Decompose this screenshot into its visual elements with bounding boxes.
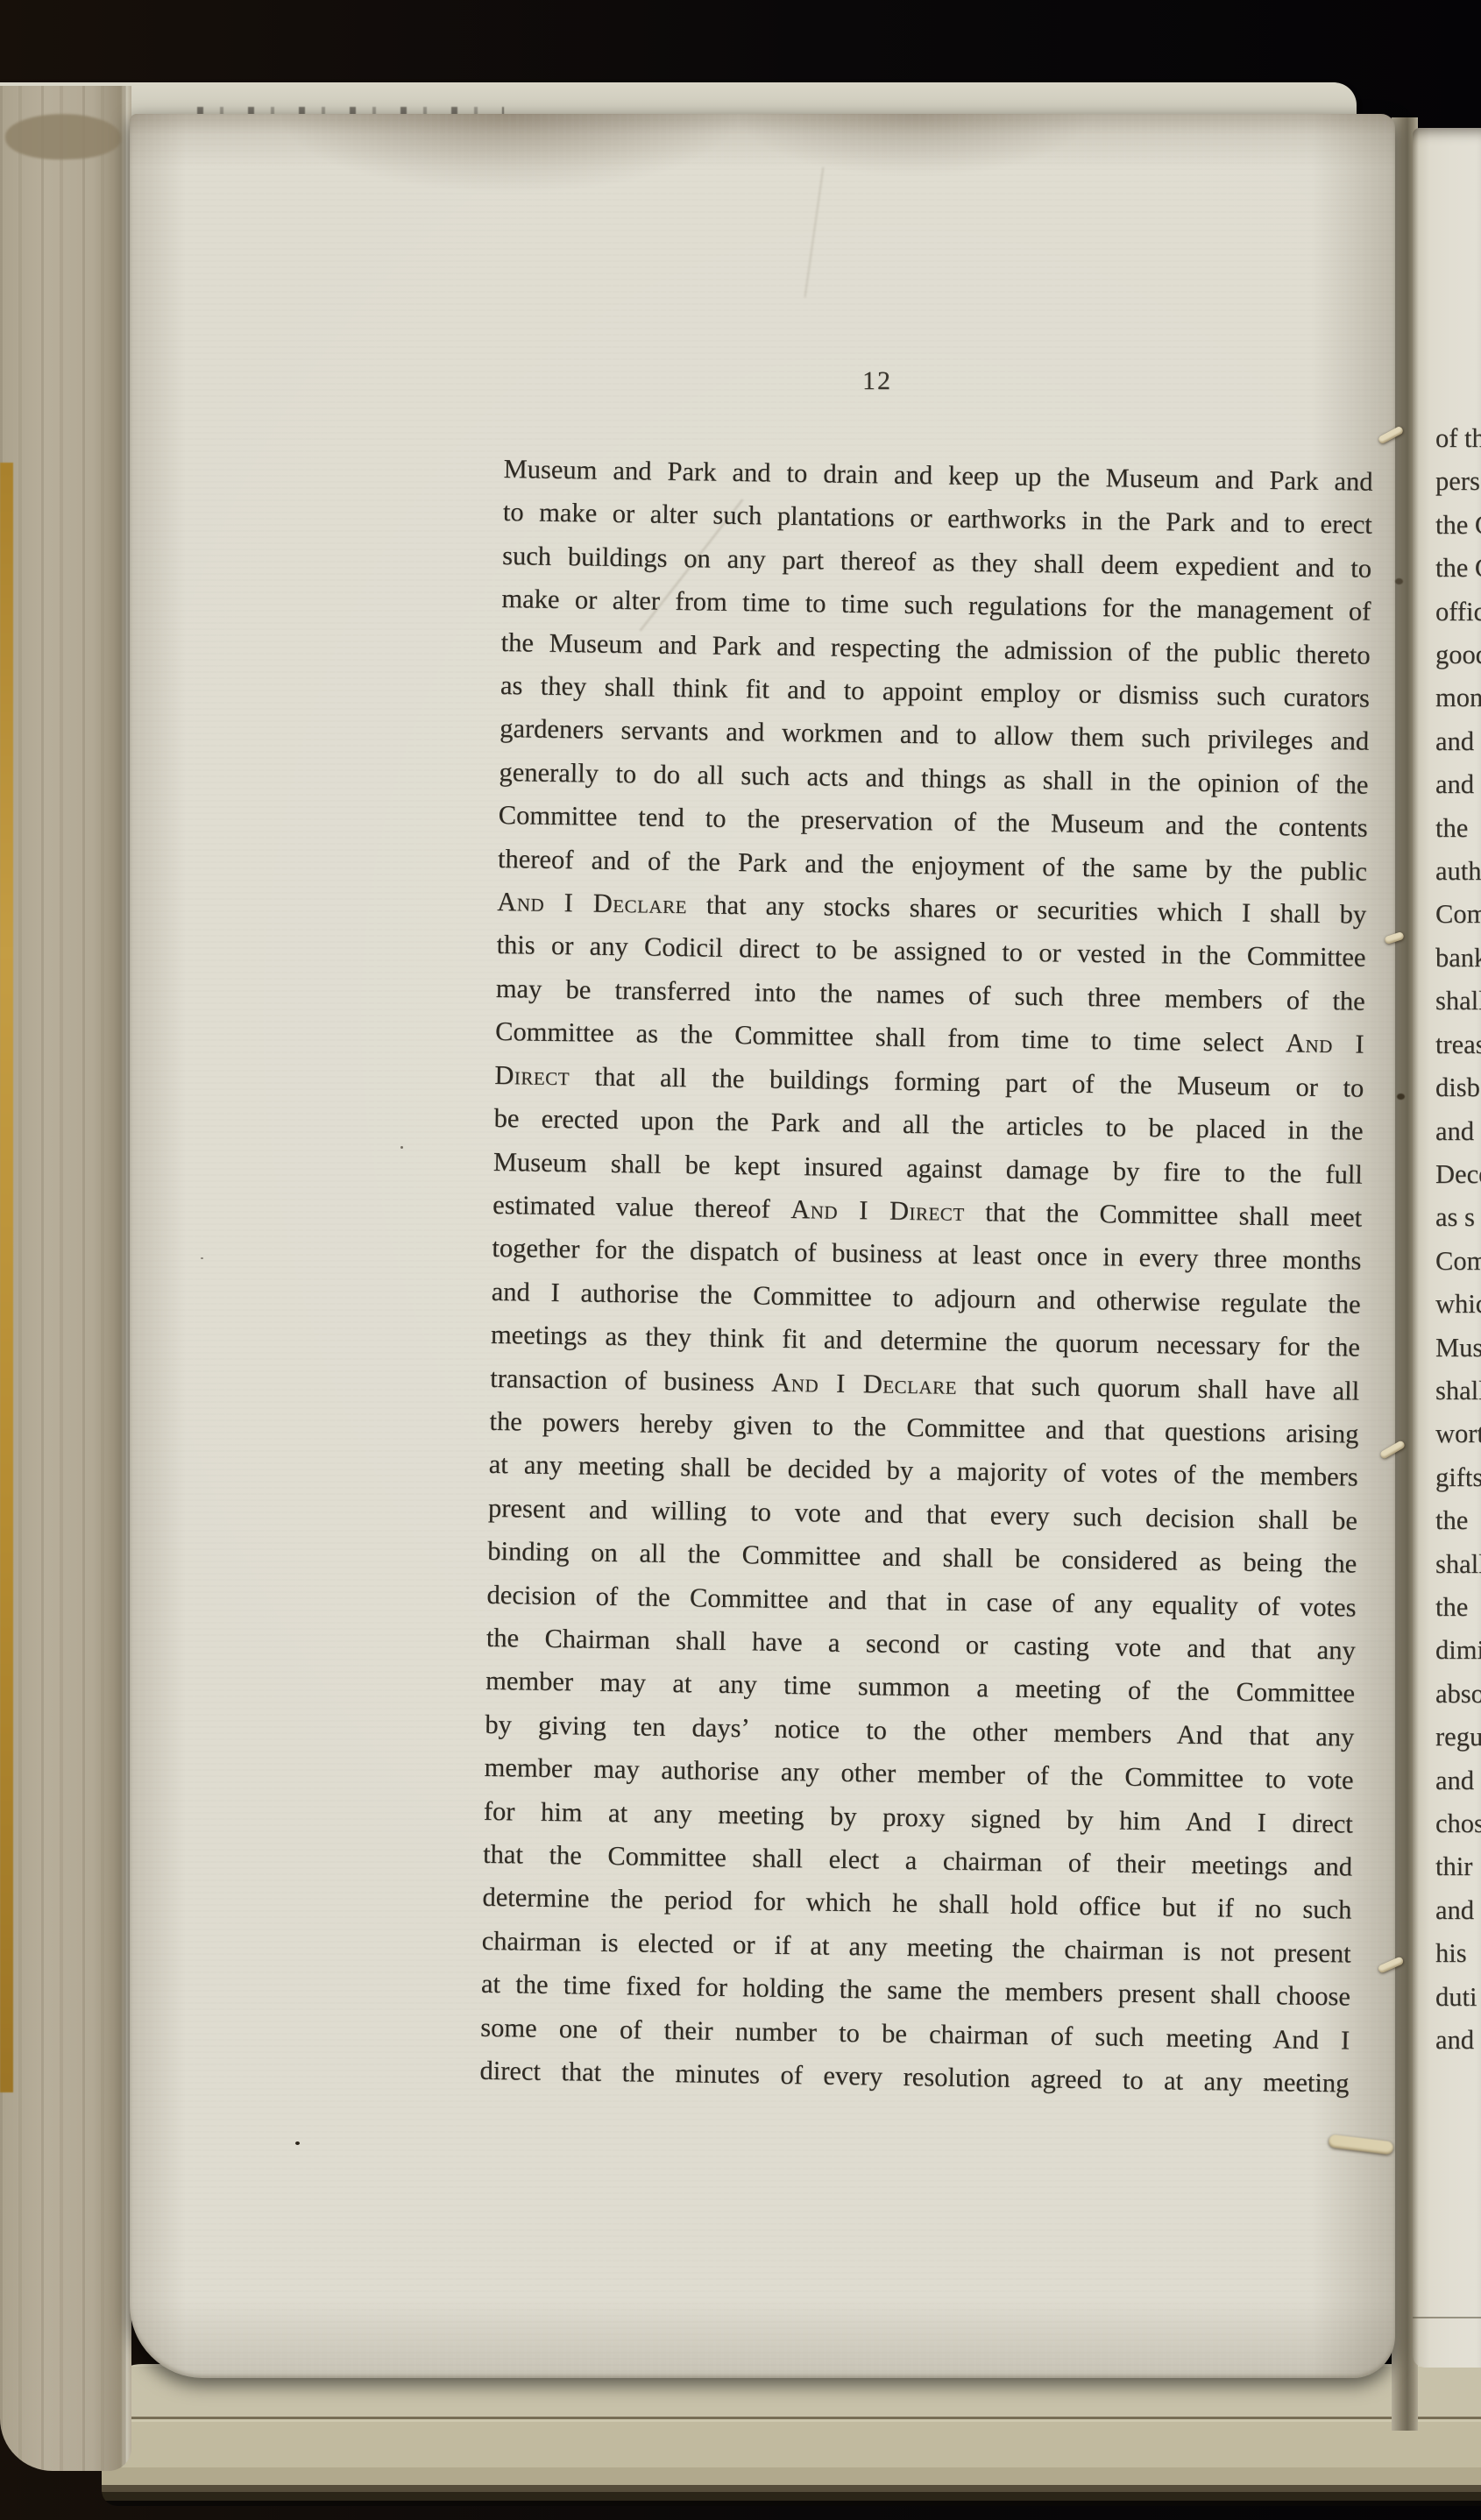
text-segment: at any meeting shall be decided by a maj… — [489, 1449, 1358, 1492]
text-segment: to make or alter such plantations or ear… — [503, 497, 1372, 540]
small-caps-phrase: And I Declare — [771, 1367, 957, 1399]
next-page-line-fragment: the C — [1435, 504, 1481, 547]
next-page-line-fragment: and — [1435, 763, 1481, 806]
text-segment: that the Committee shall meet — [964, 1197, 1362, 1233]
next-page-line-fragment: Mus — [1435, 1327, 1481, 1370]
text-segment: the powers hereby given to the Committee… — [489, 1406, 1358, 1449]
text-segment: together for the dispatch of business at… — [492, 1233, 1361, 1276]
next-page-line-fragment: and — [1435, 2019, 1481, 2062]
text-segment: for him at any meeting by proxy signed b… — [484, 1795, 1353, 1838]
stitch-hole — [1395, 578, 1403, 584]
ink-speck — [400, 1146, 403, 1149]
text-segment: that such quorum shall have all — [957, 1370, 1360, 1405]
text-segment: Museum shall be kept insured against dam… — [493, 1146, 1363, 1189]
text-segment: may be transferred into the names of suc… — [496, 973, 1365, 1016]
text-segment: Committee as the Committee shall from ti… — [495, 1016, 1286, 1058]
text-segment: direct that the minutes of every resolut… — [479, 2056, 1349, 2099]
small-caps-phrase: And I Declare — [497, 887, 687, 919]
next-page-line-fragment: the — [1435, 1499, 1481, 1542]
next-page-line-fragment: shall — [1435, 1370, 1481, 1412]
ink-speck — [201, 1257, 203, 1259]
next-page-line-fragment: the — [1435, 1586, 1481, 1629]
next-page-line-fragment: Com — [1435, 893, 1481, 936]
next-page-line-fragment: as s — [1435, 1196, 1481, 1239]
text-segment: this or any Codicil direct to be assigne… — [496, 930, 1365, 973]
page-number: 12 — [862, 366, 892, 396]
next-page-line-fragment: the — [1435, 807, 1481, 850]
bottom-page-edge-stack — [102, 2364, 1481, 2506]
text-segment: make or alter from time to time such reg… — [501, 584, 1371, 626]
next-page-line-fragment: and — [1435, 1110, 1481, 1153]
next-page-line-fragment: abso — [1435, 1673, 1481, 1716]
next-page-line-fragment: pers — [1435, 460, 1481, 503]
text-segment: transaction of business — [490, 1363, 772, 1397]
gilt-edge — [0, 463, 13, 2092]
torn-paper-edge — [4, 112, 122, 162]
next-page-line-fragment: gifts — [1435, 1456, 1481, 1499]
next-page-line-fragment: shall — [1435, 1543, 1481, 1586]
text-segment: generally to do all such acts and things… — [499, 757, 1368, 800]
next-page-line-fragment: Com — [1435, 1240, 1481, 1283]
book-scan: of thpersthe Cthe Cofficgoodmonandandthe… — [0, 0, 1481, 2520]
text-segment: the Chairman shall have a second or cast… — [486, 1623, 1356, 1666]
text-segment: meetings as they think fit and determine… — [491, 1320, 1360, 1363]
stitch-hole — [1397, 1094, 1405, 1100]
current-page: 12 Museum and Park and to drain and keep… — [130, 114, 1395, 2378]
next-page-line-fragment: and — [1435, 720, 1481, 763]
next-page-line-fragment: chos — [1435, 1802, 1481, 1845]
next-page-line-fragment: his — [1435, 1932, 1481, 1975]
next-page-line-fragment: treas — [1435, 1023, 1481, 1066]
page-text: Museum and Park and to drain and keep up… — [479, 448, 1373, 2106]
text-segment: at the time fixed for holding the same t… — [481, 1969, 1350, 2012]
next-page-line-fragment: mon — [1435, 676, 1481, 719]
next-page-line-fragment: shall — [1435, 980, 1481, 1023]
left-page-edge-stack — [0, 86, 131, 2471]
next-page-partial: of thpersthe Cthe Cofficgoodmonandandthe… — [1413, 128, 1481, 2368]
next-page-line-fragment: wort — [1435, 1412, 1481, 1455]
next-page-line-fragment: auth — [1435, 850, 1481, 893]
next-page-line-fragment: of th — [1435, 417, 1481, 460]
text-segment: the Museum and Park and respecting the a… — [500, 627, 1370, 670]
text-segment: Museum and Park and to drain and keep up… — [503, 454, 1372, 497]
text-segment: some one of their number to be chairman … — [480, 2012, 1350, 2055]
next-page-line-fragment: disb — [1435, 1066, 1481, 1109]
text-segment: chairman is elected or if at any meeting… — [481, 1926, 1350, 1969]
next-page-line-fragment: and — [1435, 1889, 1481, 1932]
next-page-line-fragment: offic — [1435, 591, 1481, 634]
text-segment: Committee tend to the preservation of th… — [499, 800, 1368, 843]
next-page-line-fragment: whic — [1435, 1283, 1481, 1326]
text-segment: binding on all the Committee and shall b… — [487, 1536, 1357, 1579]
text-segment: such buildings on any part thereof as th… — [502, 541, 1371, 584]
text-segment: as they shall think fit and to appoint e… — [500, 670, 1370, 713]
text-segment: member may at any time summon a meeting … — [485, 1666, 1355, 1709]
next-page-line-fragment: bank — [1435, 937, 1481, 980]
text-segment: decision of the Committee and that in ca… — [486, 1579, 1356, 1622]
text-segment: that all the buildings forming part of t… — [570, 1061, 1364, 1102]
text-segment: thereof and of the Park and the enjoymen… — [498, 844, 1367, 887]
next-page-line-fragment: dimi — [1435, 1629, 1481, 1672]
next-page-line-fragment: and — [1435, 1759, 1481, 1802]
text-segment: determine the period for which he shall … — [482, 1882, 1351, 1925]
next-page-line-fragment: good — [1435, 634, 1481, 676]
text-segment: member may authorise any other member of… — [484, 1752, 1353, 1795]
small-caps-phrase: Direct — [494, 1060, 570, 1091]
text-segment: estimated value thereof — [492, 1190, 791, 1224]
small-caps-phrase: And I — [1286, 1029, 1364, 1059]
text-segment: present and willing to vote and that eve… — [488, 1493, 1357, 1536]
next-page-line-fragment: regu — [1435, 1716, 1481, 1759]
next-page-line-fragment: Dece — [1435, 1153, 1481, 1196]
text-segment: that the Committee shall elect a chairma… — [483, 1839, 1352, 1882]
next-page-line-fragment: the C — [1435, 547, 1481, 590]
next-page-line-fragment: thir — [1435, 1845, 1481, 1888]
small-caps-phrase: And I Direct — [790, 1194, 965, 1227]
text-segment: be erected upon the Park and all the art… — [493, 1103, 1363, 1146]
text-segment: gardeners servants and workmen and to al… — [500, 713, 1369, 756]
next-page-text-fragments: of thpersthe Cthe Cofficgoodmonandandthe… — [1435, 417, 1481, 2062]
text-segment: and I authorise the Committee to adjourn… — [491, 1277, 1360, 1320]
paper-crease — [804, 167, 825, 298]
text-segment: by giving ten days’ notice to the other … — [485, 1709, 1354, 1752]
ink-speck — [295, 2141, 300, 2145]
text-segment: that any stocks shares or securities whi… — [687, 889, 1367, 929]
next-page-line-fragment: duti — [1435, 1976, 1481, 2019]
